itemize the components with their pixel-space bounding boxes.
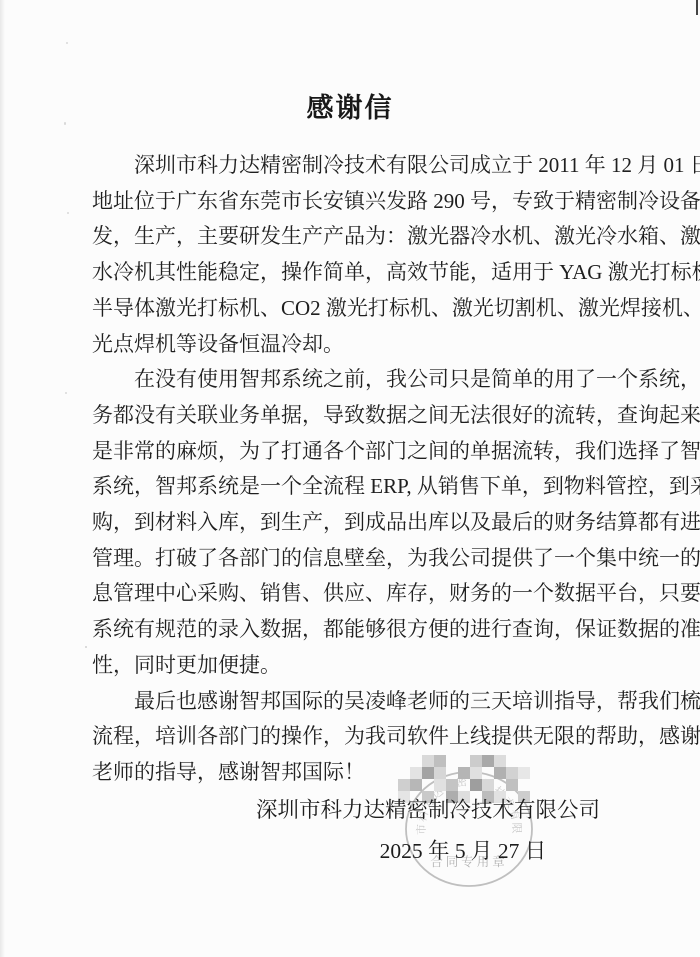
letter-line: 务都没有关联业务单据，导致数据之间无法很好的流转，查询起来也 <box>92 398 605 434</box>
letter-line: 最后也感谢智邦国际的吴凌峰老师的三天培训指导，帮我们梳理 <box>92 684 605 720</box>
letter-line: 系统，智邦系统是一个全流程 ERP, 从销售下单，到物料管控，到采 <box>92 469 605 505</box>
signature-company: 深圳市科力达精密制冷技术有限公司 <box>256 793 600 824</box>
letter-line: 光点焊机等设备恒温冷却。 <box>92 327 605 363</box>
letter-page: 感谢信 深圳市科力达精密制冷技术有限公司成立于 2011 年 12 月 01 日… <box>0 0 700 957</box>
letter-title: 感谢信 <box>0 86 700 125</box>
letter-line: 息管理中心采购、销售、供应、库存，财务的一个数据平台，只要在 <box>92 576 605 612</box>
letter-line: 流程，培训各部门的操作，为我司软件上线提供无限的帮助，感谢吴 <box>92 719 605 755</box>
paragraph-company-intro: 深圳市科力达精密制冷技术有限公司成立于 2011 年 12 月 01 日， 地址… <box>92 148 605 362</box>
paragraph-erp-experience: 在没有使用智邦系统之前，我公司只是简单的用了一个系统，财 务都没有关联业务单据，… <box>92 362 605 683</box>
letter-line: 购，到材料入库，到生产，到成品出库以及最后的财务结算都有进行 <box>92 505 605 541</box>
scan-edge-shadow <box>0 0 5 957</box>
letter-line: 地址位于广东省东莞市长安镇兴发路 290 号，专致于精密制冷设备研 <box>92 184 605 220</box>
letter-line: 水冷机其性能稳定，操作简单，高效节能，适用于 YAG 激光打标机、 <box>92 255 605 291</box>
letter-line: 系统有规范的录入数据，都能够很方便的进行查询，保证数据的准确 <box>92 612 605 648</box>
scan-speck <box>67 212 69 214</box>
scan-speck <box>66 42 68 44</box>
letter-line: 性，同时更加便捷。 <box>92 648 605 684</box>
letter-line: 深圳市科力达精密制冷技术有限公司成立于 2011 年 12 月 01 日， <box>92 148 605 184</box>
letter-line: 在没有使用智邦系统之前，我公司只是简单的用了一个系统，财 <box>92 362 605 398</box>
scan-speck <box>65 392 67 394</box>
letter-line: 发，生产，主要研发生产产品为：激光器冷水机、激光冷水箱、激光 <box>92 219 605 255</box>
letter-line: 管理。打破了各部门的信息壁垒，为我公司提供了一个集中统一的信 <box>92 541 605 577</box>
letter-body: 深圳市科力达精密制冷技术有限公司成立于 2011 年 12 月 01 日， 地址… <box>92 148 605 791</box>
letter-line: 是非常的麻烦，为了打通各个部门之间的单据流转，我们选择了智邦 <box>92 434 605 470</box>
scan-corner-artifact <box>696 0 698 15</box>
scan-speck <box>85 646 87 648</box>
letter-line: 半导体激光打标机、CO2 激光打标机、激光切割机、激光焊接机、激 <box>92 291 605 327</box>
signature-date: 2025 年 5 月 27 日 <box>380 834 547 865</box>
